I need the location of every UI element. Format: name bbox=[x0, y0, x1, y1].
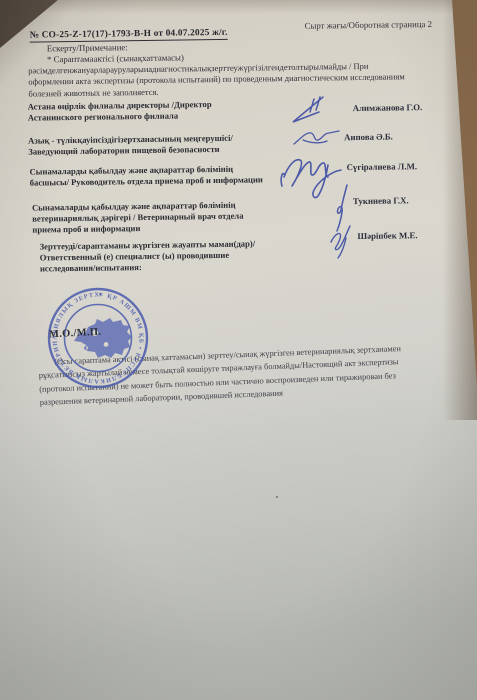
document-number: № СО-25-Z-17(17)-1793-В-Н от 04.07.2025 … bbox=[30, 28, 228, 43]
note-heading: Ескерту/Примечание: bbox=[47, 42, 128, 53]
signer-title-food-safety-lab-head: Азық - түлікқауіпсіздігізертханасының ме… bbox=[28, 133, 233, 158]
signer-name-director: Алимжанова Г.О. bbox=[353, 102, 423, 113]
paper-sheet: Сырт жағы/Оборотная страница 2 № СО-25-Z… bbox=[0, 0, 477, 700]
note-body: рәсімделгенжануарларауруларынадиагностик… bbox=[28, 60, 405, 99]
photo-of-document: { "document": { "page_label": "Сырт жағы… bbox=[0, 0, 477, 700]
signer-name-responsible-specialist: Шәріпбек М.Е. bbox=[357, 230, 417, 241]
signer-title-sample-dept-head: Сынамаларды қабылдау және ақпараттар бөл… bbox=[29, 163, 262, 188]
signer-name-sample-dept-head: Сүгірәлиева Л.М. bbox=[346, 161, 417, 172]
page-side-label: Сырт жағы/Оборотная страница 2 bbox=[304, 19, 432, 31]
signer-title-director: Астана өңірлік филиалы директоры /Директ… bbox=[28, 99, 212, 124]
signer-name-food-safety-lab-head: Аипова Ә.Б. bbox=[344, 132, 393, 143]
note-star-line: * Сараптамаактісі (сынақхаттамасы) bbox=[47, 52, 184, 64]
document-content: Сырт жағы/Оборотная страница 2 № СО-25-Z… bbox=[0, 0, 477, 700]
paper-speck bbox=[276, 496, 278, 498]
signer-title-responsible-specialist: Зерттеуді/сараптаманы жүргізген жауапты … bbox=[40, 238, 256, 274]
signer-title-vet-doctor: Сынамаларды қабылдау және ақпараттар бөл… bbox=[32, 200, 244, 236]
signer-name-vet-doctor: Тукниева Г.Х. bbox=[353, 195, 409, 206]
